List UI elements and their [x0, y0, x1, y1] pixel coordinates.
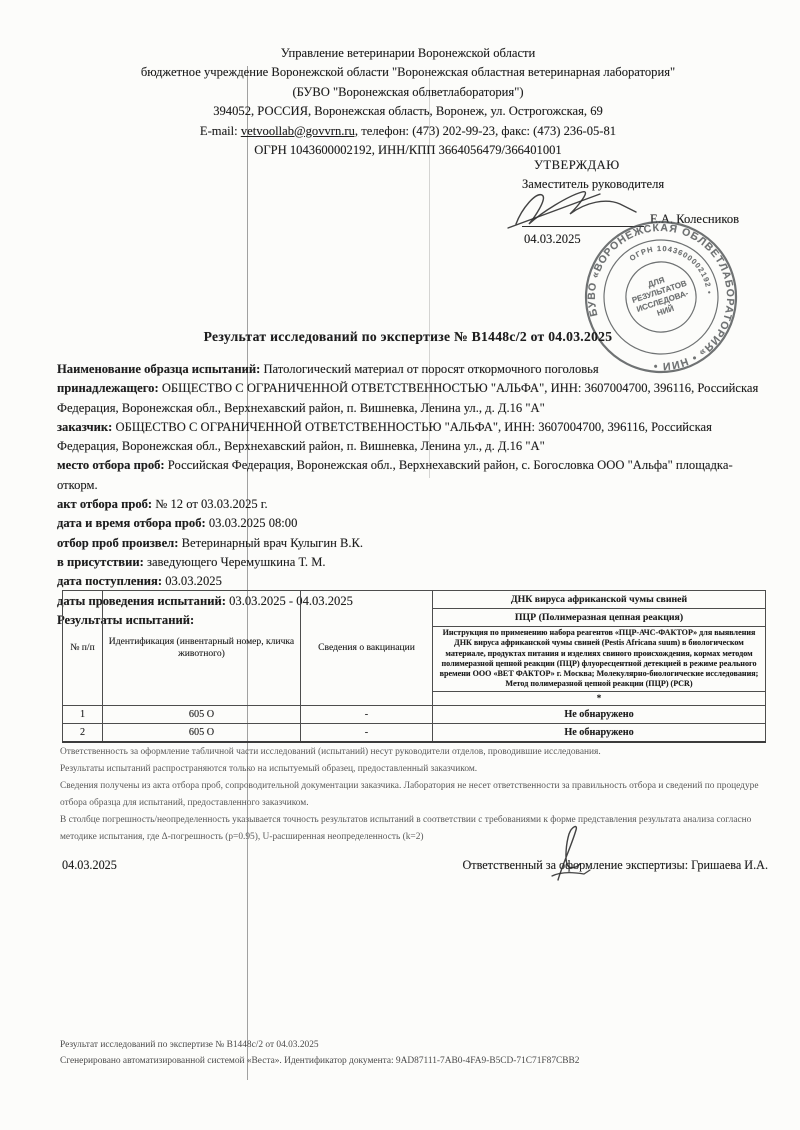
footnotes: Ответственность за оформление табличной …	[60, 744, 772, 846]
detail-sampling-place: место отбора проб: Российская Федерация,…	[57, 456, 759, 495]
org-short-name: (БУВО "Воронежская облветлаборатория")	[60, 83, 756, 102]
col-header-analyte: ДНК вируса африканской чумы свиней	[433, 591, 766, 609]
detail-witness: в присутствии: заведующего Черемушкина Т…	[57, 553, 759, 572]
responsible-signature	[528, 820, 608, 886]
footnote: В столбце погрешность/неопределенность у…	[60, 812, 772, 846]
detail-value: 03.03.2025 08:00	[209, 516, 298, 530]
cell-vaccination: -	[301, 705, 433, 723]
table-row: 1 605 О - Не обнаружено	[63, 705, 766, 723]
detail-label: дата и время отбора проб:	[57, 516, 206, 530]
org-contacts: E-mail: vetvoollab@govvrn.ru, телефон: (…	[60, 122, 756, 141]
org-department: Управление ветеринарии Воронежской облас…	[60, 44, 756, 63]
table-header-row: № п/п Идентификация (инвентарный номер, …	[63, 591, 766, 609]
table-row: 2 605 О - Не обнаружено	[63, 723, 766, 742]
scanned-document-page: Управление ветеринарии Воронежской облас…	[0, 0, 800, 1130]
cell-result: Не обнаружено	[433, 705, 766, 723]
org-letterhead: Управление ветеринарии Воронежской облас…	[60, 44, 756, 160]
detail-label: место отбора проб:	[57, 458, 165, 472]
footnote: Сведения получены из акта отбора проб, с…	[60, 778, 772, 812]
document-title: Результат исследований по экспертизе № В…	[60, 329, 756, 345]
detail-value: Патологический материал от поросят откор…	[263, 362, 598, 376]
detail-label: заказчик:	[57, 420, 112, 434]
detail-customer: заказчик: ОБЩЕСТВО С ОГРАНИЧЕННОЙ ОТВЕТС…	[57, 418, 759, 457]
results-table: № п/п Идентификация (инвентарный номер, …	[62, 590, 766, 743]
cell-num: 2	[63, 723, 103, 742]
detail-value: заведующего Черемушкина Т. М.	[147, 555, 326, 569]
detail-sample-name: Наименование образца испытаний: Патологи…	[57, 360, 759, 379]
detail-label: в присутствии:	[57, 555, 144, 569]
cell-num: 1	[63, 705, 103, 723]
cell-id: 605 О	[103, 723, 301, 742]
col-subheader-pcr: ПЦР (Полимеразная цепная реакция)	[433, 609, 766, 627]
cell-id: 605 О	[103, 705, 301, 723]
footnote: Результаты испытаний распространяются то…	[60, 761, 772, 778]
org-name: бюджетное учреждение Воронежской области…	[60, 63, 756, 82]
col-header-vaccination: Сведения о вакцинации	[301, 591, 433, 706]
detail-label: принадлежащего:	[57, 381, 159, 395]
detail-label: акт отбора проб:	[57, 497, 152, 511]
responsible-person: Ответственный за оформление экспертизы: …	[462, 858, 768, 873]
cell-result: Не обнаружено	[433, 723, 766, 742]
email-address: vetvoollab@govvrn.ru,	[241, 124, 358, 138]
signoff-date: 04.03.2025	[62, 858, 117, 873]
detail-value: № 12 от 03.03.2025 г.	[155, 497, 267, 511]
detail-value: 03.03.2025	[165, 574, 222, 588]
col-header-num: № п/п	[63, 591, 103, 706]
detail-label: Наименование образца испытаний:	[57, 362, 260, 376]
detail-sampling-datetime: дата и время отбора проб: 03.03.2025 08:…	[57, 514, 759, 533]
detail-label: отбор проб произвел:	[57, 536, 178, 550]
cell-vaccination: -	[301, 723, 433, 742]
email-label: E-mail:	[200, 124, 238, 138]
method-description: Инструкция по применению набора реагенто…	[433, 627, 766, 692]
footer-generated-by: Сгенерировано автоматизированной системо…	[60, 1054, 760, 1070]
detail-owner: принадлежащего: ОБЩЕСТВО С ОГРАНИЧЕННОЙ …	[57, 379, 759, 418]
detail-value: ОБЩЕСТВО С ОГРАНИЧЕННОЙ ОТВЕТСТВЕННОСТЬЮ…	[57, 381, 758, 414]
col-header-identification: Идентификация (инвентарный номер, кличка…	[103, 591, 301, 706]
phone-fax: телефон: (473) 202-99-23, факс: (473) 23…	[361, 124, 616, 138]
detail-value: ОБЩЕСТВО С ОГРАНИЧЕННОЙ ОТВЕТСТВЕННОСТЬЮ…	[57, 420, 712, 453]
detail-sampled-by: отбор проб произвел: Ветеринарный врач К…	[57, 534, 759, 553]
detail-label: дата поступления:	[57, 574, 162, 588]
asterisk-cell: *	[433, 691, 766, 705]
footnote: Ответственность за оформление табличной …	[60, 744, 772, 761]
detail-value: Ветеринарный врач Кулыгин В.К.	[182, 536, 363, 550]
detail-received-date: дата поступления: 03.03.2025	[57, 572, 759, 591]
document-footer: Результат исследований по экспертизе № В…	[60, 1038, 760, 1069]
approval-heading: УТВЕРЖДАЮ	[534, 158, 620, 173]
org-address: 394052, РОССИЯ, Воронежская область, Вор…	[60, 102, 756, 121]
footer-expertise-ref: Результат исследований по экспертизе № В…	[60, 1038, 760, 1054]
detail-sampling-act: акт отбора проб: № 12 от 03.03.2025 г.	[57, 495, 759, 514]
